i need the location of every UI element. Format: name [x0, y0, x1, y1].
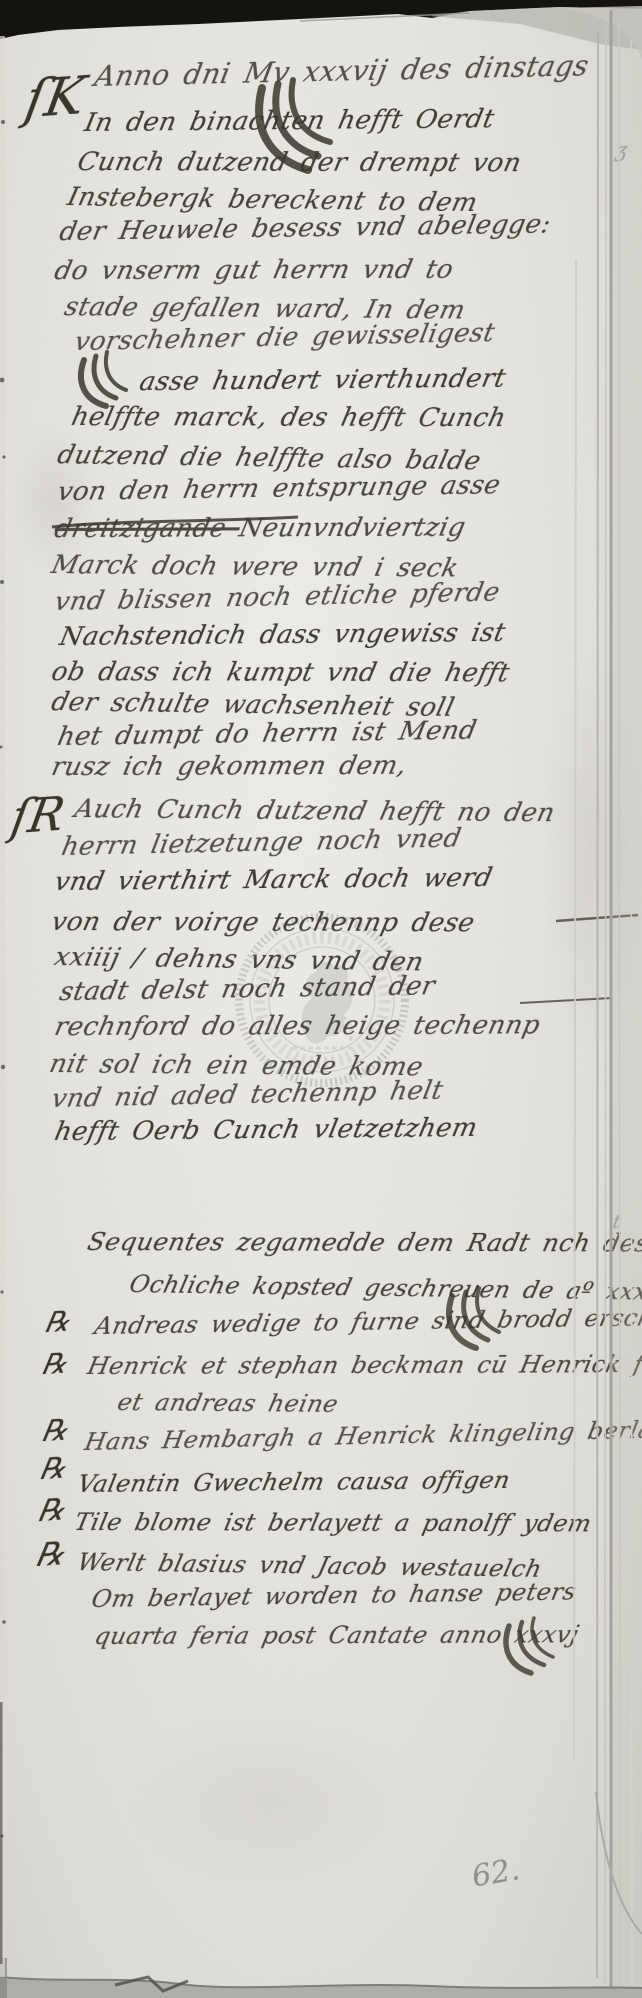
left-edge-binding-line [0, 1702, 3, 1964]
roman-numeral-flourish-date [259, 80, 330, 170]
page-decorations [0, 0, 642, 1998]
page-edge-line [631, 40, 632, 1992]
fold-crease [574, 260, 576, 1760]
strikethrough-stroke [52, 517, 298, 527]
right-edge-strip [612, 8, 642, 1996]
page-edge-line [605, 14, 606, 1984]
roman-numeral-flourish-anno [506, 1618, 553, 1673]
roman-numeral-flourish-heading [449, 1288, 499, 1348]
page-edge-line [619, 20, 620, 1990]
page-edge-line [597, 30, 598, 1978]
roman-numeral-flourish-line9 [81, 352, 126, 406]
manuscript-page: Anno dni Mv xxxvij des dinstagsIn den bi… [0, 0, 642, 1998]
left-edge-strip [0, 36, 5, 1977]
